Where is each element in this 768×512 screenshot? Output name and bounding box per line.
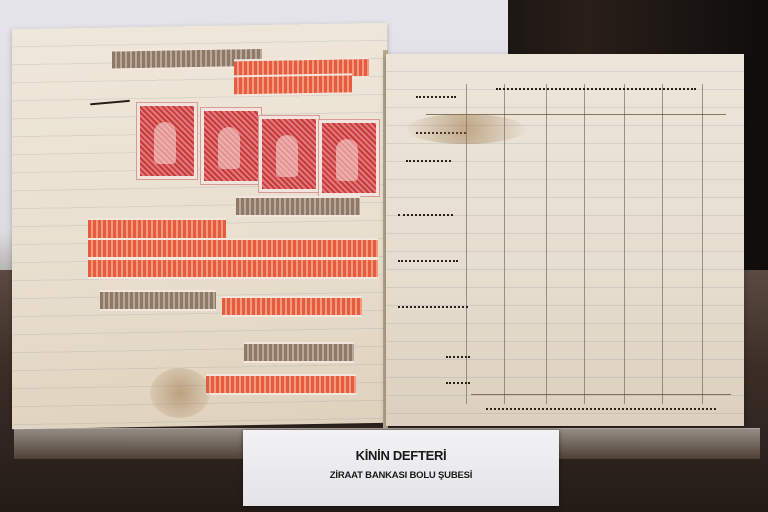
handwritten-entry: [446, 376, 470, 384]
red-stamp-strip: [206, 374, 356, 395]
handwritten-entry: [398, 300, 468, 308]
revenue-stamp: [201, 108, 261, 184]
revenue-stamp: [259, 116, 319, 192]
column-rule: [546, 84, 547, 404]
brown-stamp-strip: [236, 196, 360, 217]
paper-stain: [406, 114, 526, 144]
exhibit-placard: KİNİN DEFTERİ ZİRAAT BANKASI BOLU ŞUBESİ: [243, 430, 559, 506]
handwritten-header: [416, 90, 456, 98]
brown-stamp-strip: [100, 290, 216, 311]
red-stamp-strip: [234, 73, 352, 96]
total-rule: [471, 394, 731, 395]
ledger-right-page: [386, 54, 744, 426]
column-rule: [584, 84, 585, 404]
red-stamp-strip: [88, 238, 378, 259]
water-stain: [150, 368, 210, 418]
column-rule: [702, 84, 703, 404]
handwriting: [90, 100, 130, 105]
handwritten-entry: [446, 350, 470, 358]
revenue-stamp: [319, 120, 379, 196]
handwritten-totals: [486, 402, 716, 410]
revenue-stamp: [137, 103, 197, 179]
brown-stamp-strip: [244, 342, 354, 363]
handwritten-entry: [398, 208, 453, 216]
placard-title: KİNİN DEFTERİ: [243, 448, 559, 463]
placard-subtitle: ZİRAAT BANKASI BOLU ŞUBESİ: [243, 470, 559, 481]
museum-display-scene: KİNİN DEFTERİ ZİRAAT BANKASI BOLU ŞUBESİ: [0, 0, 768, 512]
column-rule: [624, 84, 625, 404]
handwritten-entry: [406, 154, 451, 162]
red-stamp-strip: [222, 296, 362, 317]
handwritten-header: [496, 82, 696, 90]
red-stamp-strip: [88, 258, 378, 279]
handwritten-entry: [398, 254, 458, 262]
column-rule: [662, 84, 663, 404]
red-stamp-strip: [88, 218, 226, 240]
